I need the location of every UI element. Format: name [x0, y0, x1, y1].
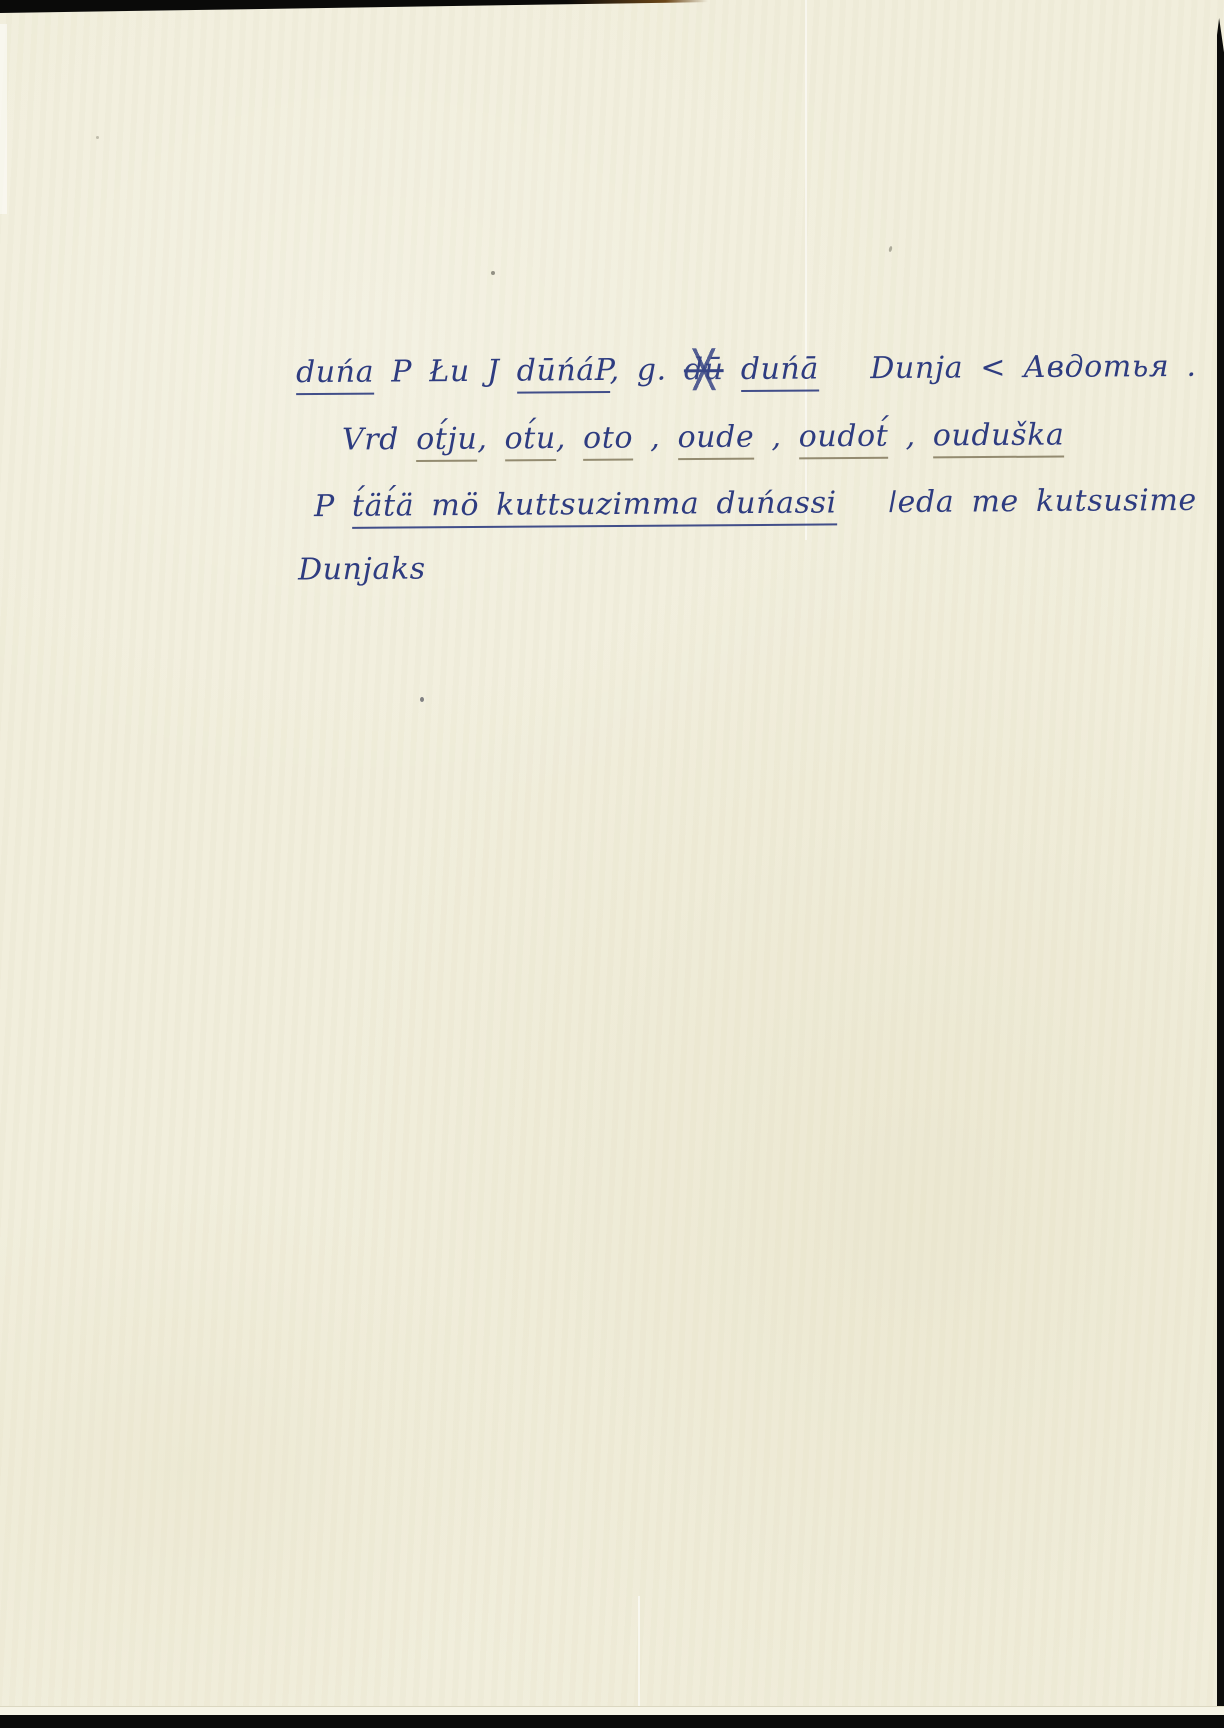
text-segment — [724, 352, 741, 387]
text-segment: , g. — [609, 352, 684, 388]
text-segment: dūńáP — [517, 353, 610, 394]
text-segment: oudot́ — [799, 419, 889, 460]
text-segment: Dunja < Авдотья . — [819, 349, 1197, 387]
text-segment: dū — [684, 352, 724, 387]
text-segment: , — [888, 418, 933, 453]
text-segment: , — [633, 420, 678, 455]
text-segment: duńā — [741, 351, 819, 392]
text-segment: ot́ju — [416, 422, 477, 462]
text-segment: P — [314, 489, 352, 524]
handwritten-line: Vrd ot́ju, ot́u, oto , oude , oudot́ , o… — [342, 417, 1065, 457]
text-segment: ot́u — [504, 421, 556, 461]
manuscript-text: duńa P Łu J dūńáP, g. dū duńā Dunja < Ав… — [0, 0, 1224, 1728]
text-segment: Vrd — [342, 422, 416, 458]
text-segment: oto — [583, 420, 633, 460]
text-segment: duńa — [296, 355, 374, 396]
text-segment: , — [754, 419, 799, 454]
handwritten-line: P t́ät́ä mö kuttsuzimma duńassi ǀeda me … — [314, 483, 1197, 524]
handwritten-line: Dunjaks — [298, 552, 426, 588]
text-segment: t́ät́ä mö kuttsuzimma duńassi — [352, 485, 837, 528]
handwritten-line: duńa P Łu J dūńáP, g. dū duńā Dunja < Ав… — [296, 349, 1197, 390]
text-segment: , — [477, 421, 505, 456]
text-segment: oude — [677, 420, 754, 461]
text-segment: ouduška — [933, 417, 1065, 458]
text-segment: ǀeda me kutsusime — [837, 483, 1197, 521]
text-segment: P Łu J — [374, 354, 517, 390]
text-segment: Dunjaks — [298, 552, 426, 588]
text-segment: , — [556, 421, 584, 456]
